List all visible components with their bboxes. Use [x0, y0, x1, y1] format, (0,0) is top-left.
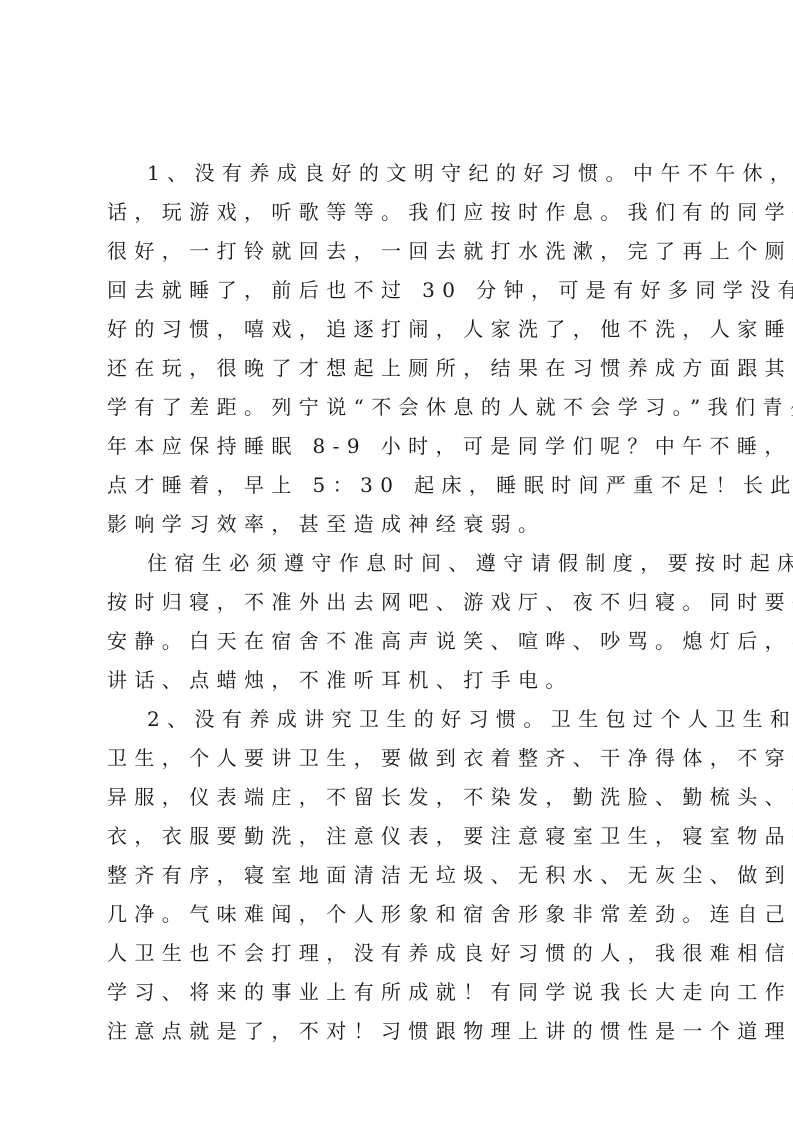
- text-line: 整齐有序，寝室地面清洁无垃圾、无积水、无灰尘、做到窗台: [107, 860, 707, 890]
- text-line: 点才睡着，早上 5：30 起床，睡眠时间严重不足！长此下去，: [107, 470, 707, 500]
- text-line: 还在玩，很晚了才想起上厕所，结果在习惯养成方面跟其它同: [107, 353, 707, 383]
- text-line: 学习、将来的事业上有所成就！有同学说我长大走向工作岗位: [107, 977, 707, 1007]
- text-line: 异服，仪表端庄，不留长发，不染发，勤洗脸、勤梳头、勤换: [107, 782, 707, 812]
- text-line: 注意点就是了，不对！习惯跟物理上讲的惯性是一个道理，你: [107, 1016, 707, 1046]
- text-line: 几净。气味难闻，个人形象和宿舍形象非常差劲。连自己的个: [107, 899, 707, 929]
- text-line: 1、没有养成良好的文明守纪的好习惯。中午不午休，说闲: [147, 158, 747, 188]
- text-line: 按时归寝，不准外出去网吧、游戏厅、夜不归寝。同时要保持: [107, 587, 707, 617]
- text-line: 讲话、点蜡烛，不准听耳机、打手电。: [107, 665, 707, 695]
- text-line: 人卫生也不会打理，没有养成良好习惯的人，我很难相信你在: [107, 938, 707, 968]
- text-line: 住宿生必须遵守作息时间、遵守请假制度，要按时起床，: [147, 548, 747, 578]
- text-line: 话，玩游戏，听歌等等。我们应按时作息。我们有的同学做的: [107, 197, 707, 227]
- text-line: 回去就睡了，前后也不过 30 分钟，可是有好多同学没有这样良: [107, 275, 707, 305]
- text-line: 2、没有养成讲究卫生的好习惯。卫生包过个人卫生和寝室: [147, 704, 747, 734]
- text-line: 衣，衣服要勤洗，注意仪表，要注意寝室卫生，寝室物品摆放: [107, 821, 707, 851]
- text-line: 年本应保持睡眠 8-9 小时，可是同学们呢？中午不睡，晚上 12: [107, 431, 707, 461]
- document-page: 1、没有养成良好的文明守纪的好习惯。中午不午休，说闲 话，玩游戏，听歌等等。我们…: [0, 0, 793, 1122]
- text-line: 影响学习效率，甚至造成神经衰弱。: [107, 509, 707, 539]
- text-line: 学有了差距。列宁说“不会休息的人就不会学习。”我们青少: [107, 392, 707, 422]
- text-line: 很好，一打铃就回去，一回去就打水洗漱，完了再上个厕所，: [107, 236, 707, 266]
- text-line: 安静。白天在宿舍不准高声说笑、喧哗、吵骂。熄灯后，不准: [107, 626, 707, 656]
- text-line: 卫生，个人要讲卫生，要做到衣着整齐、干净得体，不穿奇装: [107, 743, 707, 773]
- text-line: 好的习惯，嘻戏，追逐打闹，人家洗了，他不洗，人家睡了他: [107, 314, 707, 344]
